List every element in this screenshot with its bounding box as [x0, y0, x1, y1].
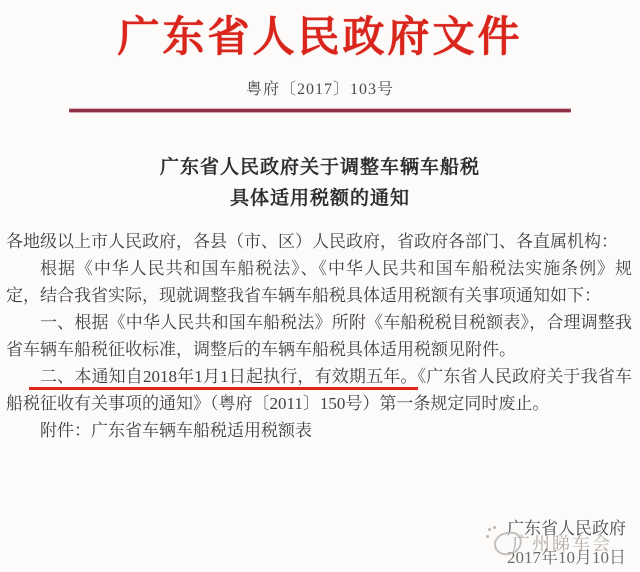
notice-title: 广东省人民政府关于调整车辆车船税 具体适用税额的通知: [0, 152, 640, 214]
attachment-line: 附件：广东省车辆车船税适用税额表: [6, 417, 632, 444]
watermark-text: 广州睇车会: [512, 530, 612, 556]
document-number: 粤府〔2017〕103号: [0, 76, 640, 99]
item-2-paragraph: 二、本通知自2018年1月1日起执行，有效期五年。《广东省人民政府关于我省车船税…: [6, 363, 632, 417]
notice-body: 各地级以上市人民政府，各县（市、区）人民政府，省政府各部门、各直属机构： 根据《…: [0, 228, 640, 444]
item-1-paragraph: 一、根据《中华人民共和国车船税法》所附《车船税税目税额表》，合理调整我省车辆车船…: [6, 309, 632, 363]
notice-title-line2: 具体适用税额的通知: [0, 183, 640, 214]
basis-paragraph: 根据《中华人民共和国车船税法》、《中华人民共和国车船税法实施条例》规定，结合我省…: [6, 255, 632, 309]
letterhead-title: 广东省人民政府文件: [0, 12, 640, 64]
salutation-paragraph: 各地级以上市人民政府，各县（市、区）人民政府，省政府各部门、各直属机构：: [6, 228, 632, 255]
notice-title-line1: 广东省人民政府关于调整车辆车船税: [0, 152, 640, 183]
document-page: 广东省人民政府文件 粤府〔2017〕103号 广东省人民政府关于调整车辆车船税 …: [0, 0, 640, 572]
letterhead-divider: [69, 109, 571, 112]
red-underlined-effective-date: 二、本通知自2018年1月1日起执行，有效期五年。: [29, 367, 418, 390]
